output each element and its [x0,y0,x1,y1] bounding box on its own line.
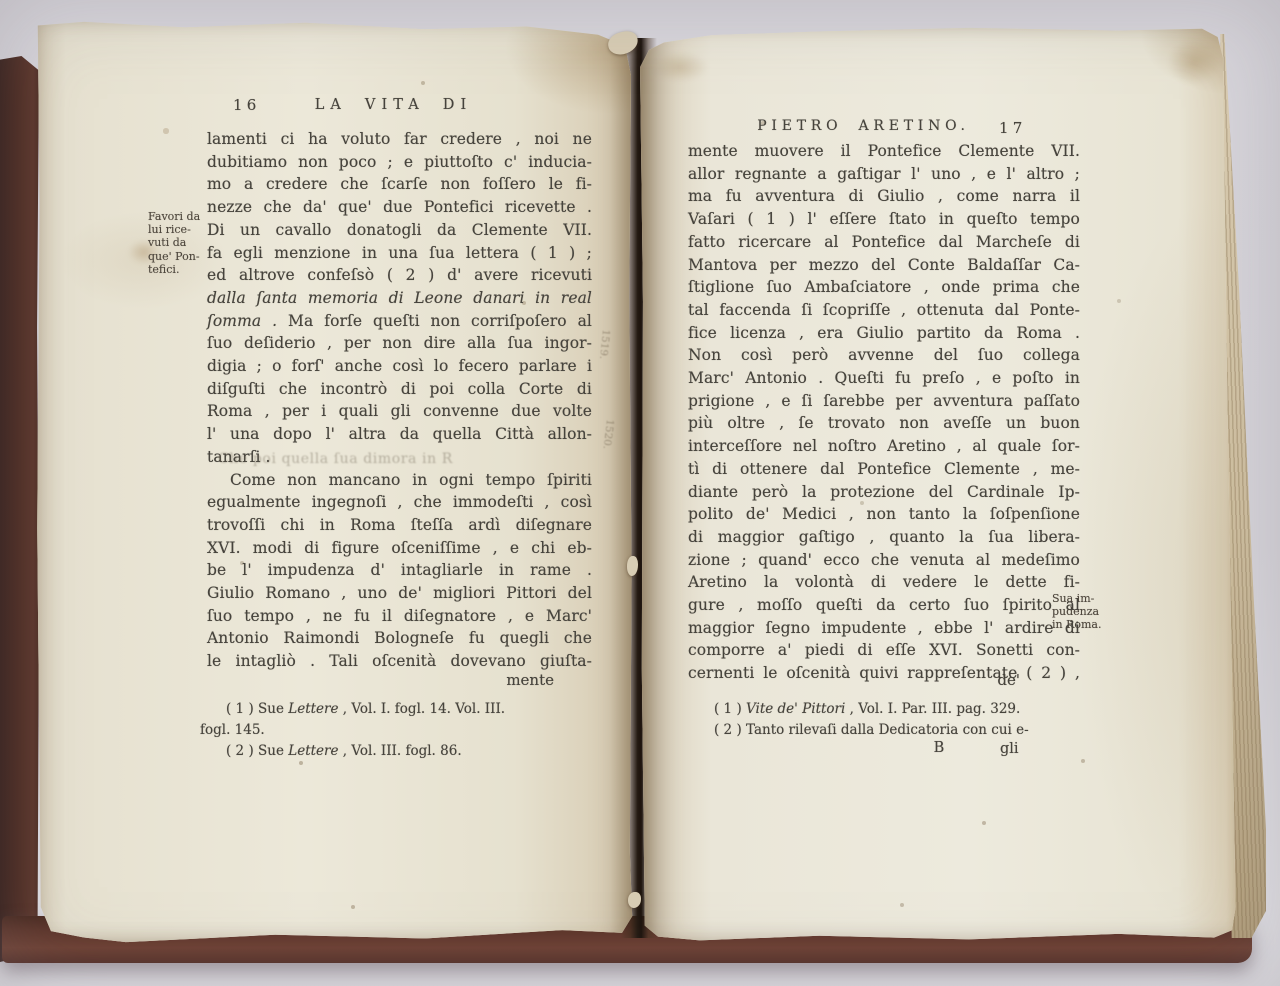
text-line: diſguſti che incontrò di poi colla Corte… [207,378,592,401]
text-line: ( 1 ) Sue Lettere , Vol. I. fogl. 14. Vo… [200,699,592,720]
text-line: fogl. 145. [200,720,592,741]
right-catchword: de' [928,671,1020,689]
text-line: tal faccenda ſi ſcopriſſe , ottenuta dal… [688,299,1080,322]
text-line: più oltre , ſe trovato non aveſſe un buo… [688,412,1080,435]
text-line: egualmente ingegnoſi , che immodeſti , c… [207,491,592,514]
right-body-text: mente muovere il Pontefice Clemente VII.… [688,140,1080,685]
text-line: tefici. [148,263,212,276]
text-line: Roma , per i quali gli convenne due volt… [207,400,592,423]
text-line: vuti da [148,236,212,249]
left-footnotes: ( 1 ) Sue Lettere , Vol. I. fogl. 14. Vo… [200,699,592,762]
text-line: cernenti le oſcenità quivi rappreſentate… [688,662,1080,685]
text-line: tì di ottenere dal Pontefice Clemente , … [688,458,1080,481]
text-line: ma fu avventura di Giulio , come narra i… [688,185,1080,208]
text-line: ed altrove confeſsò ( 2 ) d' avere ricev… [207,264,592,287]
text-line: Vaſari ( 1 ) l' eſſere ſtato in queſto t… [688,208,1080,231]
text-line: be l' impudenza d' intagliarle in rame . [207,559,592,582]
left-margin-note: Favori dalui rice-vuti daque' Pon-tefici… [148,210,212,276]
text-line: XVI. modi di figure oſceniſſime , e chi … [207,537,592,560]
text-line: Mantova per mezzo del Conte Baldaſſar Ca… [688,254,1080,277]
text-line: dubitiamo non poco ; e piuttoſto c' indu… [207,151,592,174]
text-line: prigione , e ſi ſarebbe per avventura pa… [688,390,1080,413]
left-catchword: mente [458,671,554,689]
text-line: gure , moſſo queſti da certo ſuo ſpirito… [688,594,1080,617]
text-line: l' una dopo l' altra da quella Città all… [207,423,592,446]
text-line: fa egli menzione in una ſua lettera ( 1 … [207,242,592,265]
text-line: mo a credere che ſcarſe non foſſero le f… [207,173,592,196]
text-line: ( 1 ) Vite de' Pittori , Vol. I. Par. II… [688,699,1080,720]
text-line: di maggior gaſtigo , quanto la ſua liber… [688,526,1080,549]
stain [1168,40,1220,84]
text-line: lamenti ci ha voluto far credere , noi n… [207,128,592,151]
show-through-ghost-line: Che poi quella ſua dimora in R [218,451,578,467]
text-line: nezze che da' que' due Pontefici ricevet… [207,196,592,219]
left-body-text: lamenti ci ha voluto far credere , noi n… [207,128,592,673]
right-foot-catchword: gli [1000,741,1019,757]
text-line: dalla ſanta memoria di Leone danari in r… [207,287,592,310]
left-page-number: 16 [233,96,261,114]
text-line: Marc' Antonio . Queſti fu preſo , e poſt… [688,367,1080,390]
text-line: allor regnante a gaſtigar l' uno , e l' … [688,163,1080,186]
text-line: diante però la protezione del Cardinale … [688,481,1080,504]
text-line: ſuo tempo , ne fu il diſegnatore , e Mar… [207,605,592,628]
text-line: Come non mancano in ogni tempo ſpiriti [207,469,592,492]
text-line: interceſſore nel noſtro Aretino , al qua… [688,435,1080,458]
right-page-number: 17 [999,119,1027,137]
stain [652,52,708,82]
text-line: ſtiglione ſuo Ambaſciatore , onde prima … [688,276,1080,299]
text-line: Non così però avvenne del ſuo collega [688,344,1080,367]
text-line: Antonio Raimondi Bologneſe fu quegli che [207,627,592,650]
text-line: digia ; o forſ' anche così lo fecero par… [207,355,592,378]
right-running-title: PIETRO ARETINO. [746,118,981,134]
left-running-title: LA VITA DI [296,97,491,113]
text-line: Favori da [148,210,212,223]
text-line: lui rice- [148,223,212,236]
book-photo: 16 LA VITA DI Favori dalui rice-vuti daq… [0,0,1280,986]
text-line: Di un cavallo donatogli da Clemente VII. [207,219,592,242]
text-line: polito de' Medici , non tanto la ſoſpenſ… [688,503,1080,526]
text-line: ( 2 ) Sue Lettere , Vol. III. fogl. 86. [200,741,592,762]
right-footnotes: ( 1 ) Vite de' Pittori , Vol. I. Par. II… [688,699,1080,741]
text-line: ( 2 ) Tanto rilevaſi dalla Dedicatoria c… [688,720,1080,741]
text-line: comporre a' piedi di eſſe XVI. Sonetti c… [688,639,1080,662]
text-line: trovoſſi chi in Roma ſteſſa ardì diſegna… [207,514,592,537]
text-line: ſuo deſiderio , per non dire alla ſua in… [207,332,592,355]
text-line: Giulio Romano , uno de' migliori Pittori… [207,582,592,605]
book-cover-left-edge [0,56,39,962]
text-line: maggior ſegno impudente , ebbe l' ardire… [688,617,1080,640]
text-line: zione ; quand' ecco che venuta al medeſi… [688,549,1080,572]
text-line: le intagliò . Tali oſcenità dovevano giu… [207,650,592,673]
foxing-specks [0,0,2,2]
text-line: fice licenza , era Giulio partito da Rom… [688,322,1080,345]
text-line: Aretino la volontà di vedere le dette fi… [688,571,1080,594]
text-line: que' Pon- [148,250,212,263]
signature-mark: B [928,740,950,756]
text-line: fatto ricercare al Pontefice dal Marcheſ… [688,231,1080,254]
text-line: ſomma . Ma forſe queſti non corriſpoſero… [207,310,592,333]
text-line: mente muovere il Pontefice Clemente VII. [688,140,1080,163]
